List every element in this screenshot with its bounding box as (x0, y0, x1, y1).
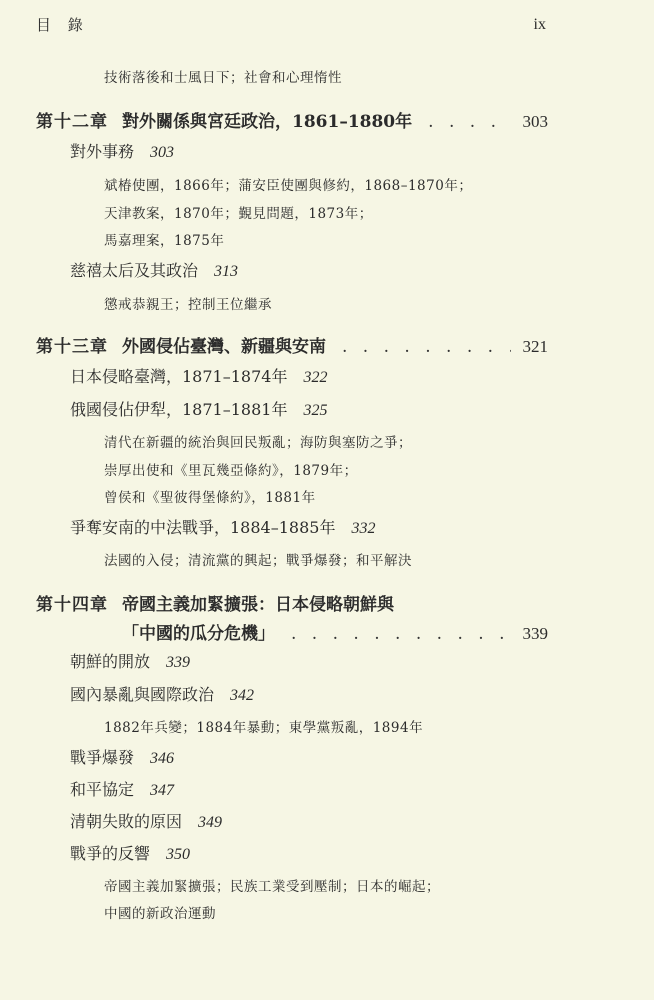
section-entry: 慈禧太后及其政治313 (70, 258, 238, 281)
subtopic-line: 曾侯和《聖彼得堡條約》，1881年 (104, 486, 316, 506)
section-page-number: 325 (303, 402, 327, 419)
page-number: ix (534, 16, 546, 34)
chapter-title: 「中國的瓜分危機」 (122, 619, 275, 644)
subtopic-line: 1882年兵變；1884年暴動；東學黨叛亂，1894年 (104, 716, 423, 736)
subtopic-line: 斌椿使團，1866年；蒲安臣使團與修約，1868–1870年； (104, 174, 472, 194)
section-title: 俄國侵佔伊犁，1871–1881年 (70, 400, 287, 419)
chapter-number: 第十四章 (36, 590, 122, 615)
section-title: 爭奪安南的中法戰爭，1884–1885年 (70, 518, 335, 537)
section-page-number: 322 (303, 369, 327, 386)
section-entry: 國內暴亂與國際政治342 (70, 682, 254, 705)
section-title: 和平協定 (70, 780, 134, 799)
chapter-title: 帝國主義加緊擴張：日本侵略朝鮮與 (122, 590, 394, 615)
chapter-number: 第十二章 (36, 107, 122, 132)
section-title: 戰爭的反響 (70, 844, 150, 863)
chapter-heading-continued: 「中國的瓜分危機」. . . . . . . . . . . . . . . .… (122, 619, 548, 644)
section-page-number: 350 (166, 846, 190, 863)
section-page-number: 349 (198, 814, 222, 831)
section-entry: 俄國侵佔伊犁，1871–1881年325 (70, 397, 327, 420)
section-entry: 和平協定347 (70, 777, 174, 800)
chapter-title: 外國侵佔臺灣、新疆與安南 (122, 332, 326, 357)
section-page-number: 339 (166, 654, 190, 671)
subtopic-line: 法國的入侵；清流黨的興起；戰爭爆發；和平解決 (104, 549, 412, 569)
section-entry: 對外事務303 (70, 139, 174, 162)
section-entry: 日本侵略臺灣，1871–1874年322 (70, 364, 327, 387)
subtopic-line: 崇厚出使和《里瓦幾亞條約》，1879年； (104, 459, 358, 479)
section-entry: 爭奪安南的中法戰爭，1884–1885年332 (70, 515, 375, 538)
subtopic-line: 技術落後和士風日下；社會和心理惰性 (104, 66, 342, 86)
section-page-number: 313 (214, 263, 238, 280)
running-title: 目 錄 (36, 14, 89, 35)
section-page-number: 346 (150, 750, 174, 767)
leader-dots: . . . . . . . . . . . . . . . . . . . . … (291, 624, 511, 644)
section-title: 戰爭爆發 (70, 748, 134, 767)
section-page-number: 332 (351, 520, 375, 537)
chapter-page-number: 303 (523, 112, 549, 132)
section-title: 國內暴亂與國際政治 (70, 685, 214, 704)
section-title: 清朝失敗的原因 (70, 812, 182, 831)
section-page-number: 342 (230, 687, 254, 704)
chapter-heading: 第十二章對外關係與宮廷政治，1861–1880年. . . . . . . . … (36, 107, 548, 132)
chapter-number: 第十三章 (36, 332, 122, 357)
section-title: 日本侵略臺灣，1871–1874年 (70, 367, 287, 386)
subtopic-line: 馬嘉理案，1875年 (104, 229, 224, 249)
chapter-page-number: 339 (523, 624, 549, 644)
section-entry: 戰爭的反響350 (70, 841, 190, 864)
section-entry: 清朝失敗的原因349 (70, 809, 222, 832)
subtopic-line: 懲戒恭親王；控制王位繼承 (104, 293, 272, 313)
leader-dots: . . . . . . . . . . . . . . . . . . . . … (342, 337, 511, 357)
section-title: 對外事務 (70, 142, 134, 161)
chapter-heading: 第十四章帝國主義加緊擴張：日本侵略朝鮮與 (36, 590, 548, 615)
subtopic-line: 清代在新疆的統治與回民叛亂；海防與塞防之爭； (104, 431, 412, 451)
leader-dots: . . . . . . . . . . . . . . . . . . . . … (428, 112, 510, 132)
page-header: 目 錄 ix (36, 14, 546, 38)
section-entry: 戰爭爆發346 (70, 745, 174, 768)
section-title: 慈禧太后及其政治 (70, 261, 198, 280)
subtopic-line: 中國的新政治運動 (104, 902, 216, 922)
chapter-page-number: 321 (523, 337, 549, 357)
chapter-heading: 第十三章外國侵佔臺灣、新疆與安南. . . . . . . . . . . . … (36, 332, 548, 357)
subtopic-line: 帝國主義加緊擴張；民族工業受到壓制；日本的崛起； (104, 875, 440, 895)
section-title: 朝鮮的開放 (70, 652, 150, 671)
section-entry: 朝鮮的開放339 (70, 649, 190, 672)
subtopic-line: 天津教案，1870年；覲見問題，1873年； (104, 202, 373, 222)
section-page-number: 303 (150, 144, 174, 161)
chapter-title: 對外關係與宮廷政治，1861–1880年 (122, 107, 412, 132)
section-page-number: 347 (150, 782, 174, 799)
